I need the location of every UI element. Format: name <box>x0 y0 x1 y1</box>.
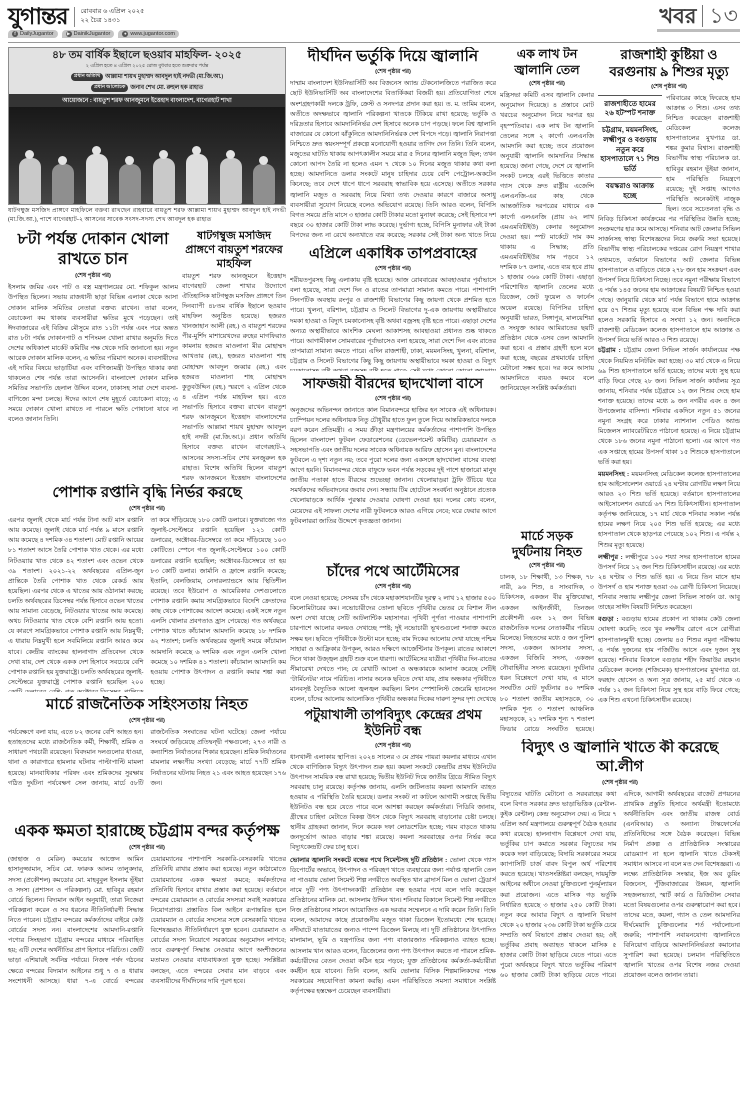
event-banner: ৪৮ তম বার্ষিক ইছালে ছওয়াব মাহফিল- ২০২৫ … <box>9 48 285 94</box>
continued-tag: (শেষ পৃষ্ঠার পর) <box>500 561 594 571</box>
story-body: চালক, ১৮ শিক্ষার্থী, ১৩ শিক্ষক, ৭৮ নারী,… <box>500 573 594 735</box>
story-body: শরীয়তপুরসহ কিছু এলাকায় বৃষ্টি হয়েছে। … <box>290 276 496 371</box>
story-political-violence: মার্চে রাজনৈতিক সহিংসতায় নিহত (শেষ পৃষ্… <box>8 696 286 818</box>
right-column-band: এক লাখ টন জ্বালানি তেল (শেষ পৃষ্ঠার পর) … <box>500 47 740 1091</box>
play-icon: ▶ <box>66 31 72 37</box>
continued-tag: (শেষ পৃষ্ঠার পর) <box>290 582 496 592</box>
facebook-icon: f <box>12 31 18 37</box>
person-figure <box>220 158 242 204</box>
continued-tag: (শেষ পৃষ্ঠার পর) <box>8 504 286 514</box>
story-body: (জাহাজ ও মেরিন) কমডোর আক্তেন আমিন হাসানু… <box>8 855 286 986</box>
page-number: ১৩ <box>709 5 738 27</box>
story-measles-deaths: রাজশাহী কুষ্টিয়া ও বরগুনায় ৯ শিশুর মৃত… <box>598 47 740 739</box>
story-garment-exports: পোশাক রপ্তানি বৃদ্ধি নির্ভর করছে (শেষ পৃ… <box>8 484 286 692</box>
photo-caption: ষাটগম্বুজ মসজিদ প্রাঙ্গণে মাহফিলে বক্তব্… <box>8 205 286 226</box>
highlight-item: চট্টগ্রাম, ময়মনসিংহ, লক্ষ্মীপুর ও বগুড়… <box>598 122 662 178</box>
section-name: খবর <box>659 6 696 27</box>
continued-tag: (শেষ পৃষ্ঠার পর) <box>290 394 496 404</box>
continued-tag: (শেষ পৃষ্ঠার পর) <box>290 67 496 77</box>
story-headline: রাজশাহী কুষ্টিয়া ও বরগুনায় ৯ শিশুর মৃত… <box>598 47 740 81</box>
continued-tag: (শেষ পৃষ্ঠার পর) <box>8 271 178 281</box>
continued-tag: (শেষ পৃষ্ঠার পর) <box>598 82 740 92</box>
story-mosque-mahfil: ষাটগম্বুজ মসজিদ প্রাঙ্গণে বায়তুশ শরফের … <box>182 230 286 480</box>
story-body: ইসলাম জমির এবং পাট ও বস্ত্র মন্ত্রণালয়ে… <box>8 283 178 425</box>
person-figure <box>119 164 141 204</box>
story-headline: ৮টা পর্যন্ত দোকান খোলা রাখতে চান <box>8 230 178 270</box>
section-header: খবর ১৩ <box>657 5 740 32</box>
story-body: এরপর জুলাই থেকে মার্চ পর্যন্ত টানা আট মা… <box>8 516 286 692</box>
story-road-accidents: মার্চে সড়ক দুর্ঘটনায় নিহত (শেষ পৃষ্ঠার… <box>500 529 594 735</box>
banner-date: ২ এপ্রিল হতে ৪ এপ্রিল ২০২৫ রোজ বুধবার হত… <box>11 63 283 71</box>
social-badges: f DailyJugantor ▶ DainikJugantor ● www.j… <box>8 30 179 38</box>
person-figure <box>186 154 208 204</box>
story-fuel-subsidy: দীর্ঘদিন ভর্তুকি দিয়ে জ্বালানি (শেষ পৃষ… <box>290 47 496 241</box>
story-heatwave: এপ্রিলে একাধিক তাপপ্রবাহের (শেষ পৃষ্ঠার … <box>290 245 496 371</box>
highlight-item: রাজশাহীতে হামের ২৬ হটস্পট শনাক্ত <box>598 96 662 122</box>
highlight-box: রাজশাহীতে হামের ২৬ হটস্পট শনাক্ত চট্টগ্র… <box>598 95 662 204</box>
left-column-band: ৪৮ তম বার্ষিক ইছালে ছওয়াব মাহফিল- ২০২৫ … <box>8 47 286 1091</box>
person-figure <box>86 154 108 204</box>
globe-icon: ● <box>122 31 128 37</box>
person-figure <box>253 164 275 204</box>
chief-guest-chip: প্রধান অতিথি আল্লামা শায়খ মুহাম্মদ আবদু… <box>71 72 224 82</box>
continued-tag: (শেষ পৃষ্ঠার পর) <box>500 778 740 788</box>
story-body: বলে নেওয়া হয়েছে; সেসময় চাঁদ থেকে মহাক… <box>290 594 496 703</box>
continued-tag: (শেষ পৃষ্ঠার পর) <box>8 843 286 853</box>
continued-tag: (শেষ পৃষ্ঠার পর) <box>290 264 496 274</box>
organizer-strip: আয়োজনে : বায়তুশ শরফ আনজুমনে ইত্তেহাদ ব… <box>9 94 285 107</box>
story-body: রাজশাহীতে হামের ২৬ হটস্পট শনাক্ত চট্টগ্র… <box>598 94 740 707</box>
story-body: পর্যবেক্ষণে বলা যায়, এতে ৮২ জনের বেশি আ… <box>8 728 286 789</box>
story-headline: বিদ্যুৎ ও জ্বালানি খাতে কী করেছে আ.লীগ <box>500 739 740 777</box>
middle-column-band: দীর্ঘদিন ভর্তুকি দিয়ে জ্বালানি (শেষ পৃষ… <box>290 47 496 1091</box>
story-headline: মার্চে সড়ক দুর্ঘটনায় নিহত <box>500 529 594 560</box>
person-figure <box>153 158 175 204</box>
dateline-lead: বগুড়া : <box>598 616 619 623</box>
story-headline: চাঁদের পথে আর্টেমিসের <box>290 563 496 581</box>
event-photo <box>9 107 285 204</box>
story-headline: একক ক্ষমতা হারাচ্ছে চট্টগ্রাম বন্দর কর্ত… <box>8 822 286 842</box>
divider <box>702 5 703 27</box>
story-awami-league-energy: বিদ্যুৎ ও জ্বালানি খাতে কী করেছে আ.লীগ (… <box>500 739 740 1083</box>
inline-subhead: ভোলার জ্বালানি সংকটে বন্ধের পথে সিমেন্টস… <box>290 857 447 864</box>
date-gregorian: রোববার ৬ এপ্রিল ২০২৫ <box>81 8 145 17</box>
story-body: দাম্মাম বাংলাদেশ ইউনিভার্সিটি অব বিজনেস … <box>290 79 496 241</box>
story-patuakhali-power-plant: পটুয়াখালী তাপবিদ্যুৎ কেন্দ্রের প্রথম ইউ… <box>290 707 496 1087</box>
video-badge[interactable]: ▶ DainikJugantor <box>62 30 115 38</box>
story-body: বিদ্যুতের ঘাটতি মেটানো ও সরবরাহের কথা বল… <box>500 790 740 982</box>
story-headline: এক লাখ টন জ্বালানি তেল <box>500 47 594 78</box>
story-headline: পটুয়াখালী তাপবিদ্যুৎ কেন্দ্রের প্রথম ইউ… <box>290 707 496 740</box>
story-fuel-import: এক লাখ টন জ্বালানি তেল (শেষ পৃষ্ঠার পর) … <box>500 47 594 525</box>
story-headline: দীর্ঘদিন ভর্তুকি দিয়ে জ্বালানি <box>290 47 496 66</box>
dateline-lead: লক্ষ্মীপুর : <box>598 554 623 561</box>
person-figure <box>19 158 41 204</box>
story-body: ধানখালী এলাকায় স্থাপিত। ২০২৪ সালের ৩ মে… <box>290 753 496 998</box>
right-narrow-column: এক লাখ টন জ্বালানি তেল (শেষ পৃষ্ঠার পর) … <box>500 47 594 739</box>
person-figure <box>52 164 74 204</box>
story-headline: পোশাক রপ্তানি বৃদ্ধি নির্ভর করছে <box>8 484 286 503</box>
story-headline: মার্চে রাজনৈতিক সহিংসতায় নিহত <box>8 696 286 715</box>
masthead: যুগান্তর রোববার ৬ এপ্রিল ২০২৫ ২২ চৈত্র ১… <box>8 3 740 43</box>
story-headline: এপ্রিলে একাধিক তাপপ্রবাহের <box>290 245 496 263</box>
story-artemis-moon: চাঁদের পথে আর্টেমিসের (শেষ পৃষ্ঠার পর) ব… <box>290 563 496 703</box>
newspaper-page: যুগান্তর রোববার ৬ এপ্রিল ২০২৫ ২২ চৈত্র ১… <box>0 0 748 1091</box>
date-bengali: ২২ চৈত্র ১৪৩১ <box>81 17 145 26</box>
continued-tag: (শেষ পৃষ্ঠার পর) <box>8 716 286 726</box>
date-block: রোববার ৬ এপ্রিল ২০২৫ ২২ চৈত্র ১৪৩১ <box>81 8 145 26</box>
story-shops-open: ৮টা পর্যন্ত দোকান খোলা রাখতে চান (শেষ পৃ… <box>8 230 178 480</box>
story-body: বায়তুশ শরফ আনজুমনে ইত্তেহাদ বাগেরহাট জে… <box>182 272 286 481</box>
newspaper-logo: যুগান্তর <box>8 5 68 28</box>
highlight-item: বয়স্করাও আক্রান্ত হচ্ছে <box>598 178 662 203</box>
chief-speaker-chip: প্রধান আলোচক জনাব শেখ মো. রুহুল হক রাহাত <box>91 83 203 93</box>
story-chittagong-port: একক ক্ষমতা হারাচ্ছে চট্টগ্রাম বন্দর কর্ত… <box>8 822 286 1080</box>
story-saff-champions: সাফজয়ী বীরদের ছাদখোলা বাসে (শেষ পৃষ্ঠার… <box>290 375 496 559</box>
photo-ad-block: ৪৮ তম বার্ষিক ইছালে ছওয়াব মাহফিল- ২০২৫ … <box>8 47 286 226</box>
continued-tag: (শেষ পৃষ্ঠার পর) <box>500 79 594 89</box>
dateline-lead: ময়মনসিংহ : <box>598 471 629 478</box>
story-body: মন্ত্রিসভা কমিটি এসব জ্বালানি কেনার অনুম… <box>500 91 594 394</box>
divider <box>74 7 75 27</box>
continued-tag: (শেষ পৃষ্ঠার পর) <box>290 741 496 751</box>
facebook-badge[interactable]: f DailyJugantor <box>8 30 58 38</box>
dateline-lead: চট্টগ্রাম : <box>598 347 621 354</box>
story-body: অনুজদের অভিনন্দন জানাতে কাল বিমানবন্দরে … <box>290 406 496 527</box>
story-headline: ষাটগম্বুজ মসজিদ প্রাঙ্গণে বায়তুশ শরফের … <box>182 230 286 271</box>
story-headline: সাফজয়ী বীরদের ছাদখোলা বাসে <box>290 375 496 393</box>
website-badge[interactable]: ● www.jugantor.com <box>118 30 179 38</box>
banner-title: ৪৮ তম বার্ষিক ইছালে ছওয়াব মাহফিল- ২০২৫ <box>11 50 283 62</box>
